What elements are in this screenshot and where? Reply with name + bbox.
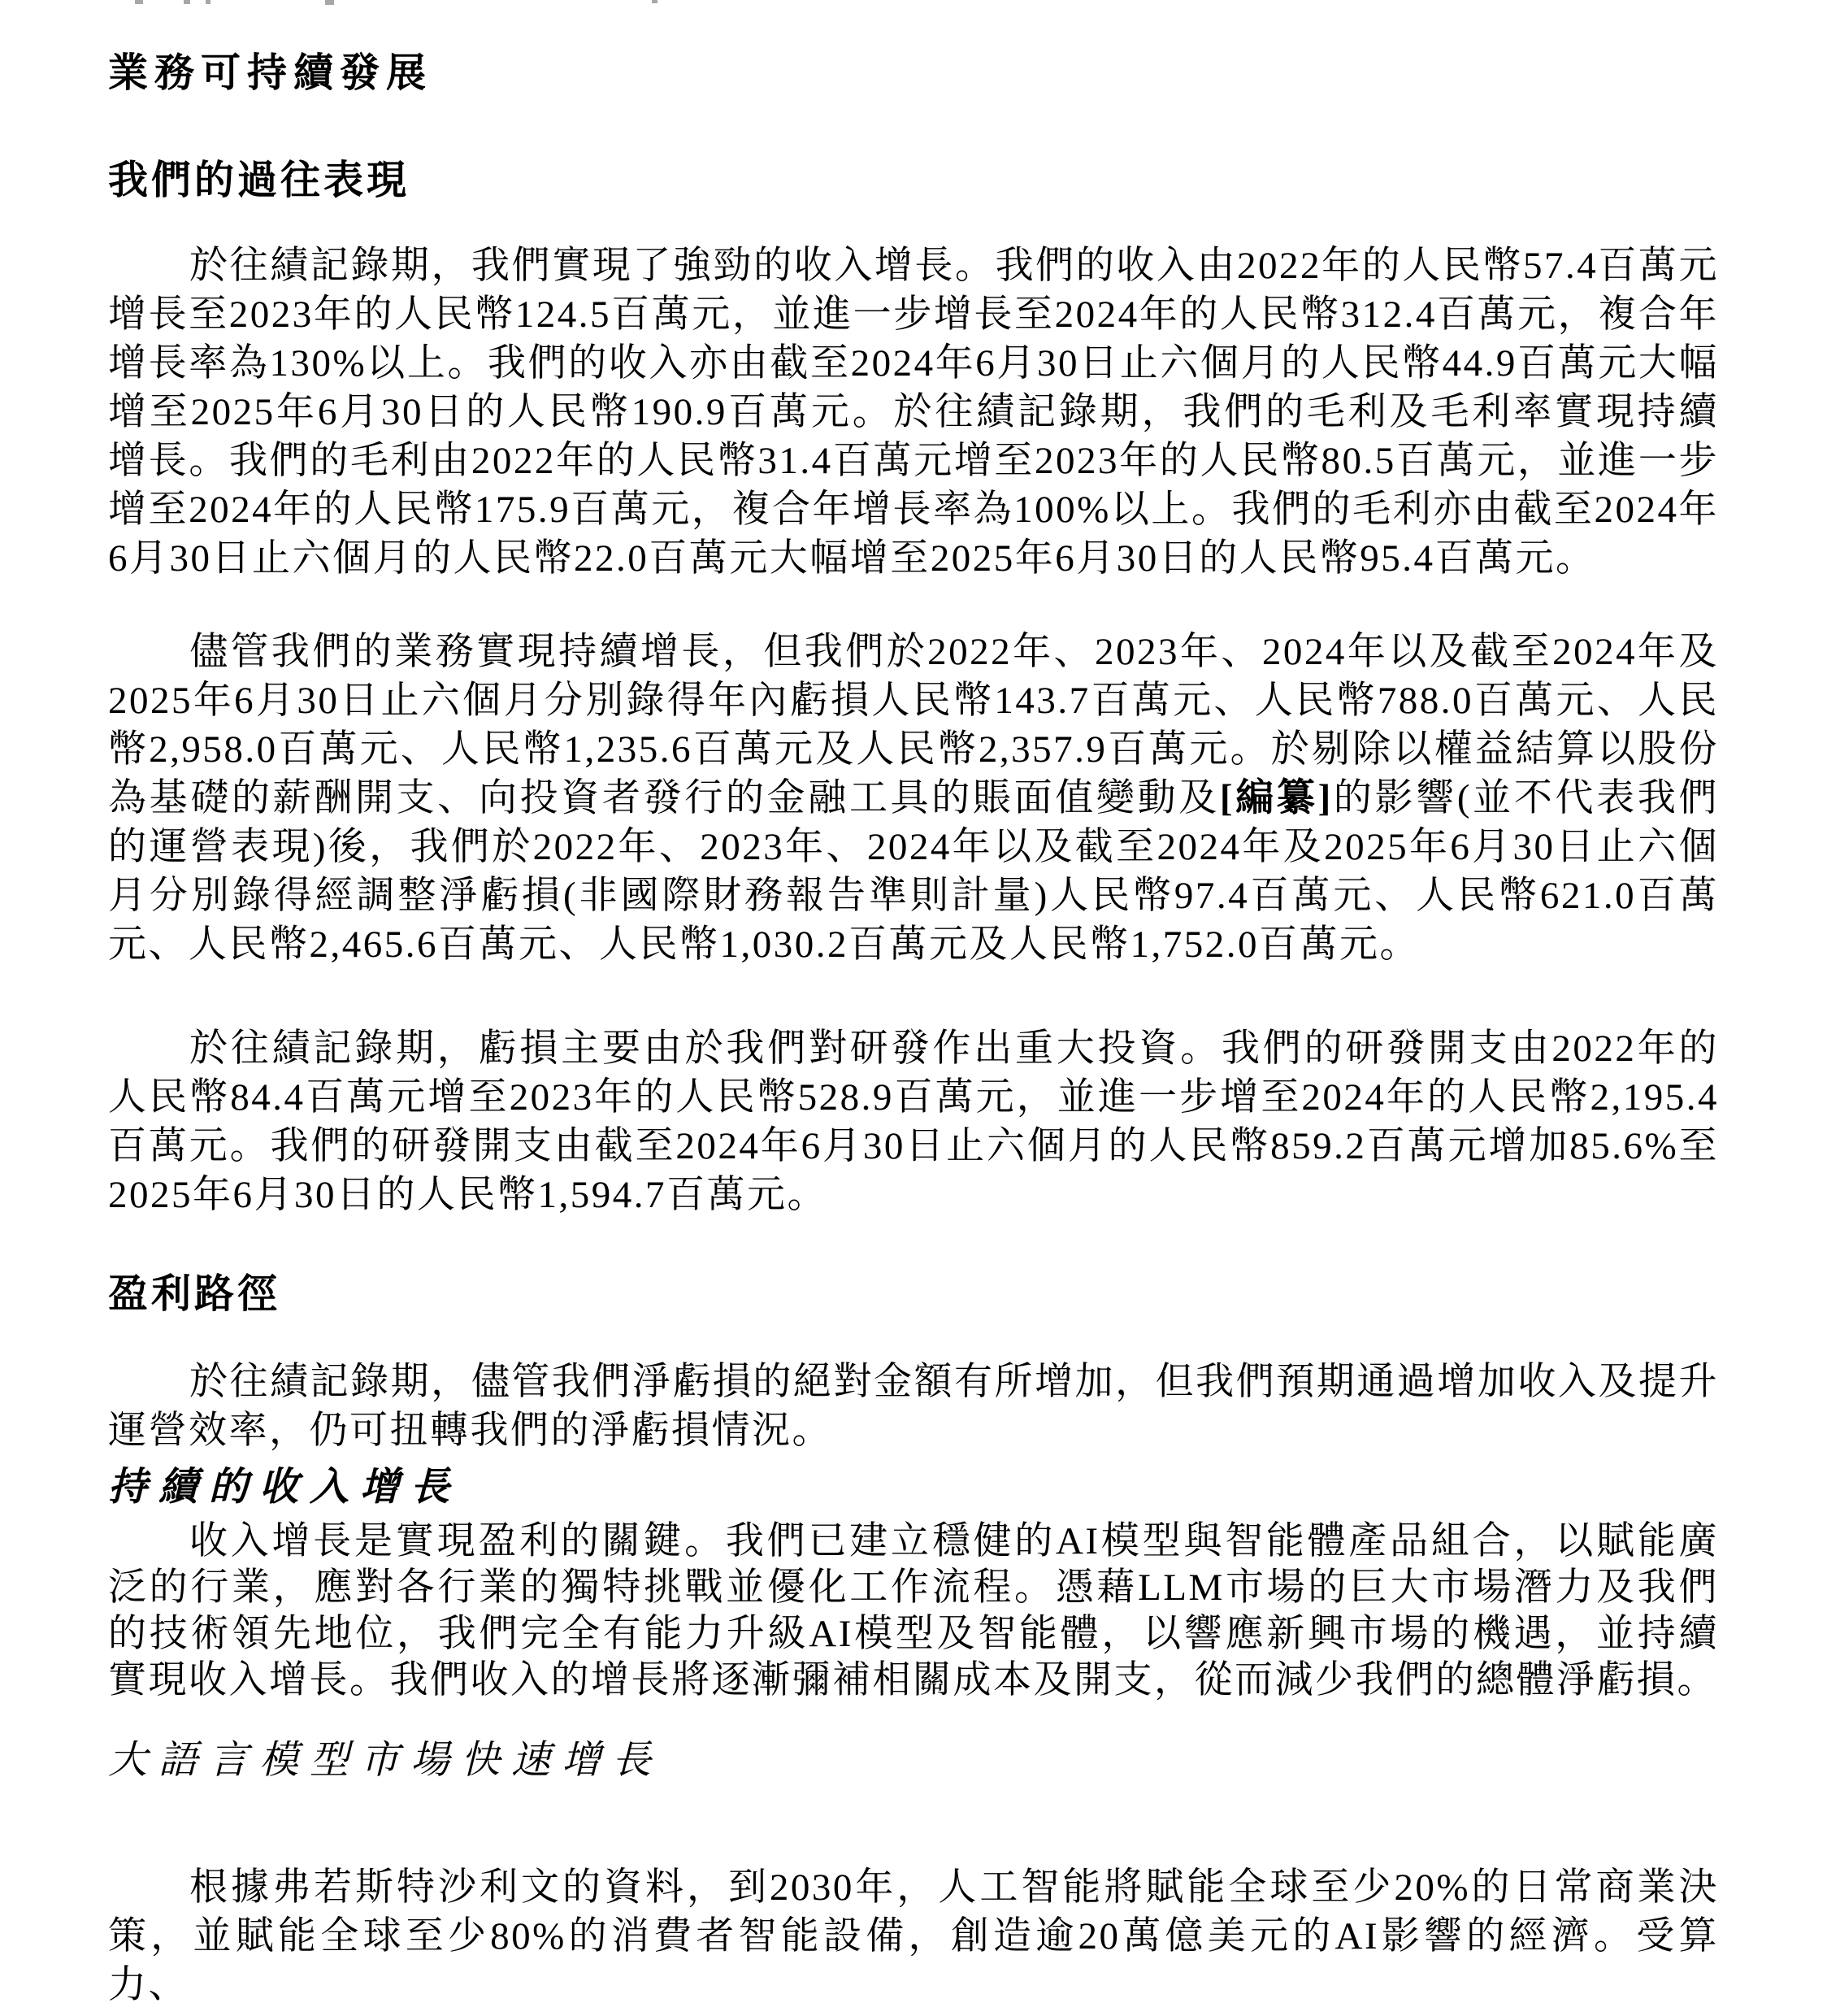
- heading-llm-market-rapid-growth-text: 大語言模型市場快速增長: [108, 1739, 662, 1782]
- heading-llm-market-rapid-growth: 大語言模型市場快速增長: [108, 1736, 1719, 1785]
- paragraph-frost-sullivan-ai-outlook-text: 根據弗若斯特沙利文的資料，到2030年，人工智能將賦能全球至少20%的日常商業決…: [108, 1866, 1719, 2006]
- paragraph-frost-sullivan-ai-outlook: 根據弗若斯特沙利文的資料，到2030年，人工智能將賦能全球至少20%的日常商業決…: [108, 1863, 1719, 2009]
- paragraph-profitability-outlook-text: 於往績記錄期，儘管我們淨虧損的絕對金額有所增加，但我們預期通過增加收入及提升運營…: [108, 1361, 1719, 1452]
- heading-business-sustainable-development: 業務可持續發展: [108, 49, 1719, 98]
- paragraph-rnd-investment-text: 於往績記錄期，虧損主要由於我們對研發作出重大投資。我們的研發開支由2022年的人…: [108, 1028, 1719, 1216]
- heading-business-sustainable-development-text: 業務可持續發展: [108, 50, 432, 95]
- paragraph-revenue-growth-key-to-profitability-text: 收入增長是實現盈利的關鍵。我們已建立穩健的AI模型與智能體產品組合，以賦能廣泛的…: [108, 1520, 1719, 1701]
- paragraph-revenue-growth-key-to-profitability: 收入增長是實現盈利的關鍵。我們已建立穩健的AI模型與智能體產品組合，以賦能廣泛的…: [108, 1519, 1719, 1704]
- heading-our-historical-performance: 我們的過往表現: [108, 156, 1719, 205]
- paragraph-rnd-investment: 於往績記錄期，虧損主要由於我們對研發作出重大投資。我們的研發開支由2022年的人…: [108, 1024, 1719, 1219]
- document-body: 業務可持續發展我們的過往表現於往績記錄期，我們實現了強勁的收入增長。我們的收入由…: [108, 0, 1719, 2009]
- paragraph-net-loss-and-adjusted-net-loss: 儘管我們的業務實現持續增長，但我們於2022年、2023年、2024年以及截至2…: [108, 628, 1719, 969]
- heading-path-to-profitability: 盈利路徑: [108, 1270, 1719, 1319]
- heading-continued-revenue-growth-text: 持續的收入增長: [108, 1466, 461, 1509]
- heading-path-to-profitability-text: 盈利路徑: [108, 1271, 280, 1316]
- paragraph-revenue-and-gross-profit-growth-text: 於往績記錄期，我們實現了強勁的收入增長。我們的收入由2022年的人民幣57.4百…: [108, 245, 1719, 580]
- paragraph-profitability-outlook: 於往績記錄期，儘管我們淨虧損的絕對金額有所增加，但我們預期通過增加收入及提升運營…: [108, 1358, 1719, 1455]
- heading-our-historical-performance-text: 我們的過往表現: [108, 158, 410, 202]
- heading-continued-revenue-growth: 持續的收入增長: [108, 1463, 1719, 1512]
- paragraph-net-loss-and-adjusted-net-loss-run-1: [編纂]: [1220, 777, 1333, 819]
- paragraph-revenue-and-gross-profit-growth: 於往績記錄期，我們實現了強勁的收入增長。我們的收入由2022年的人民幣57.4百…: [108, 241, 1719, 583]
